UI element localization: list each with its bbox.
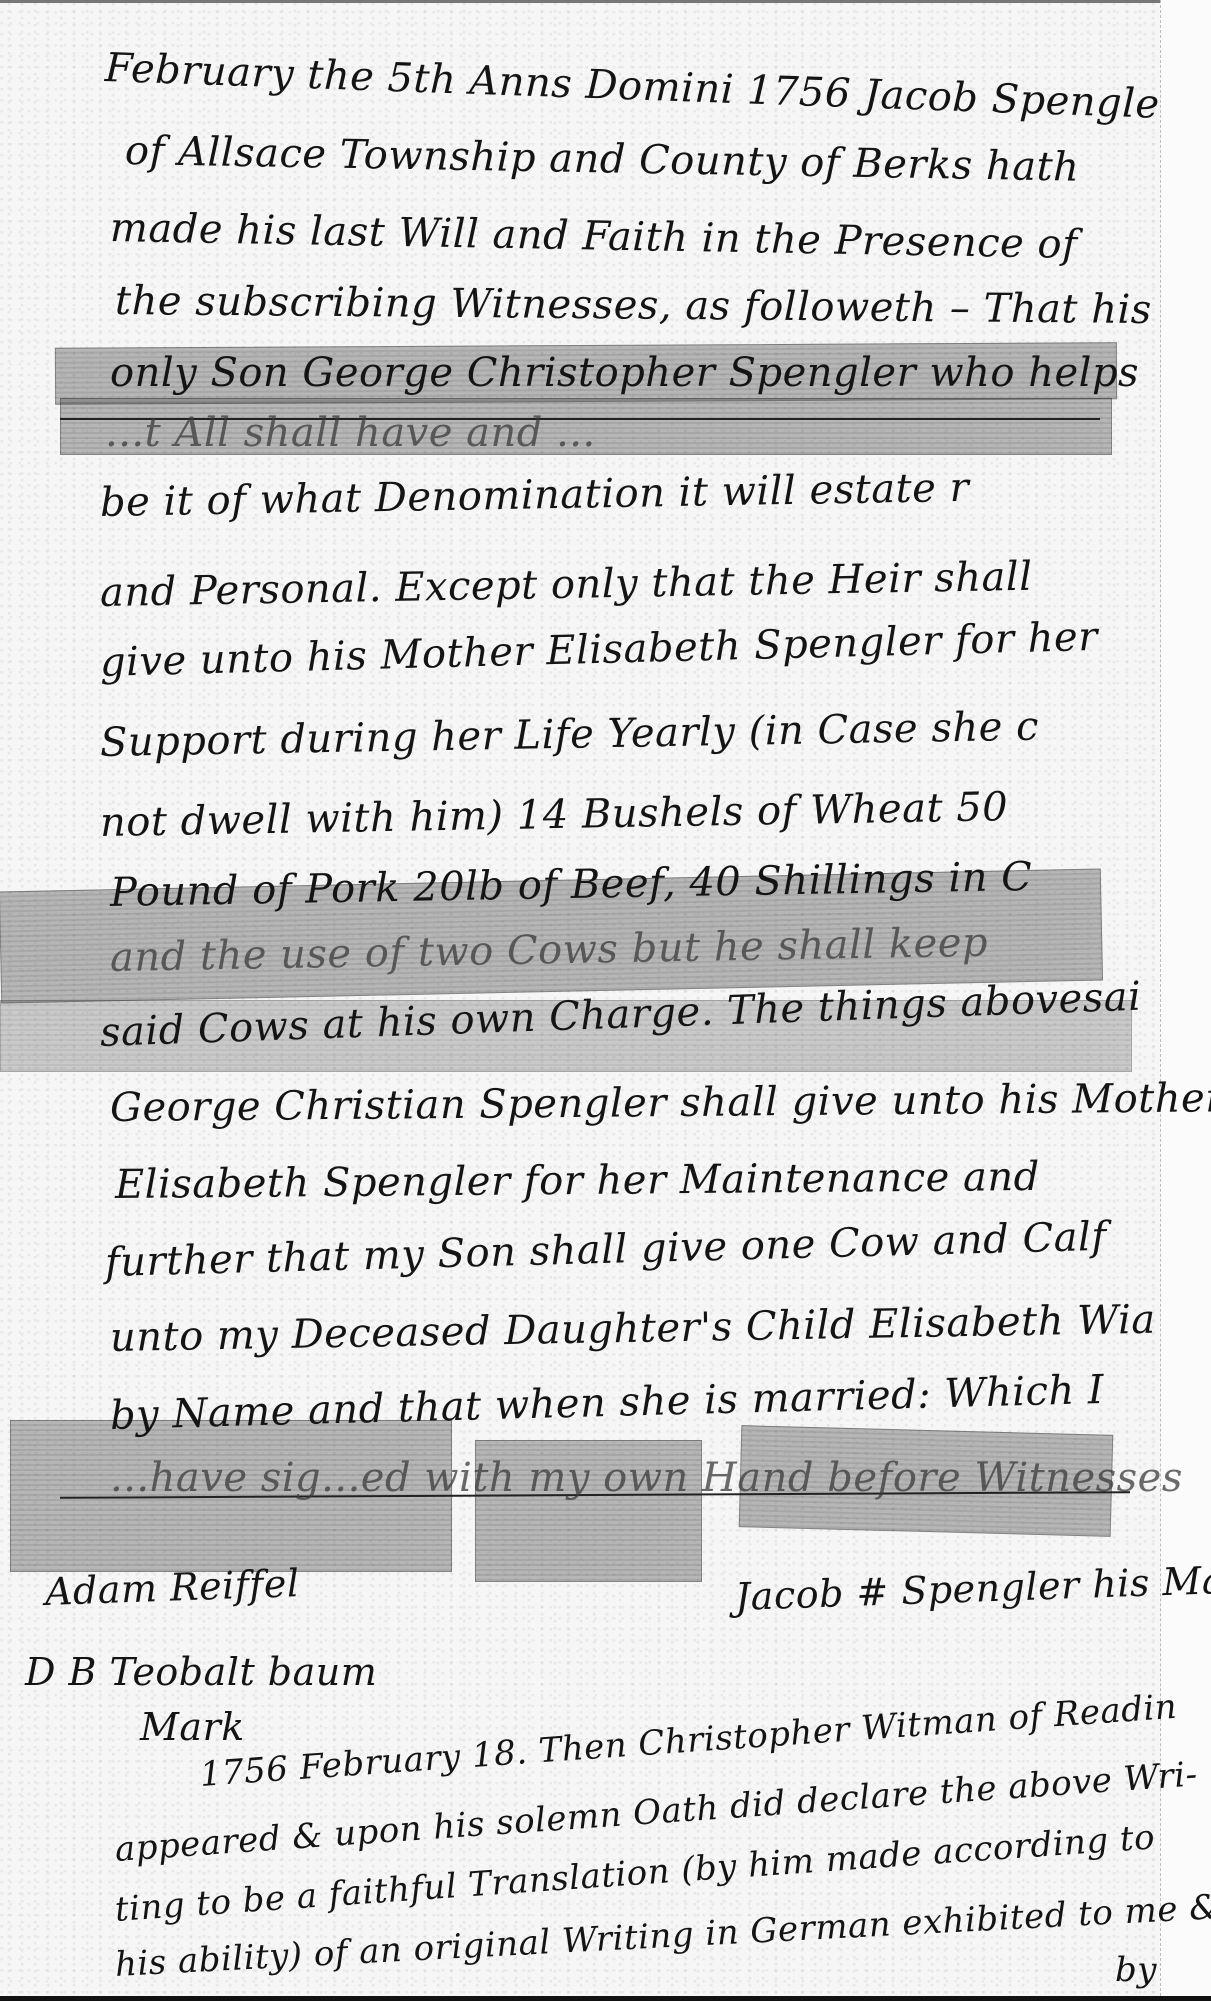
document-line: be it of what Denomination it will estat… [100, 465, 970, 526]
document-line: unto my Deceased Daughter's Child Elisab… [110, 1297, 1156, 1361]
document-line: ...have sig...ed with my own Hand before… [110, 1455, 1183, 1501]
document-line: not dwell with him) 14 Bushels of Wheat … [100, 784, 1009, 846]
document-line: Support during her Life Yearly (in Case … [100, 704, 1040, 766]
document-line: Elisabeth Spengler for her Maintenance a… [115, 1154, 1040, 1208]
document-line: ...t All shall have and ... [105, 410, 596, 456]
document-line: only Son George Christopher Spengler who… [110, 350, 1139, 396]
document-line: the subscribing Witnesses, as followeth … [115, 278, 1152, 333]
document-line: give unto his Mother Elisabeth Spengler … [99, 614, 1098, 686]
scan-bottom-edge [0, 1996, 1211, 2001]
document-line: further that my Son shall give one Cow a… [104, 1214, 1107, 1286]
document-line: February the 5th Anns Domini 1756 Jacob … [104, 45, 1160, 128]
document-line: by Name and that when she is married: Wh… [109, 1367, 1104, 1439]
document-line: George Christian Spengler shall give unt… [110, 1075, 1211, 1131]
document-line: made his last Will and Faith in the Pres… [110, 205, 1078, 268]
witness-mark: Mark [140, 1705, 245, 1749]
document-line: and Personal. Except only that the Heir … [100, 554, 1033, 616]
attestation-line: by [1115, 1950, 1157, 1990]
witness-signature: Adam Reiffel [44, 1561, 300, 1614]
witness-signature: D B Teobalt baum [25, 1650, 377, 1694]
scanned-document-page: February the 5th Anns Domini 1756 Jacob … [0, 0, 1211, 2001]
document-line: of Allsace Township and County of Berks … [125, 128, 1080, 191]
testator-signature: Jacob # Spengler his Mark [734, 1556, 1211, 1619]
scan-top-edge [0, 0, 1211, 3]
